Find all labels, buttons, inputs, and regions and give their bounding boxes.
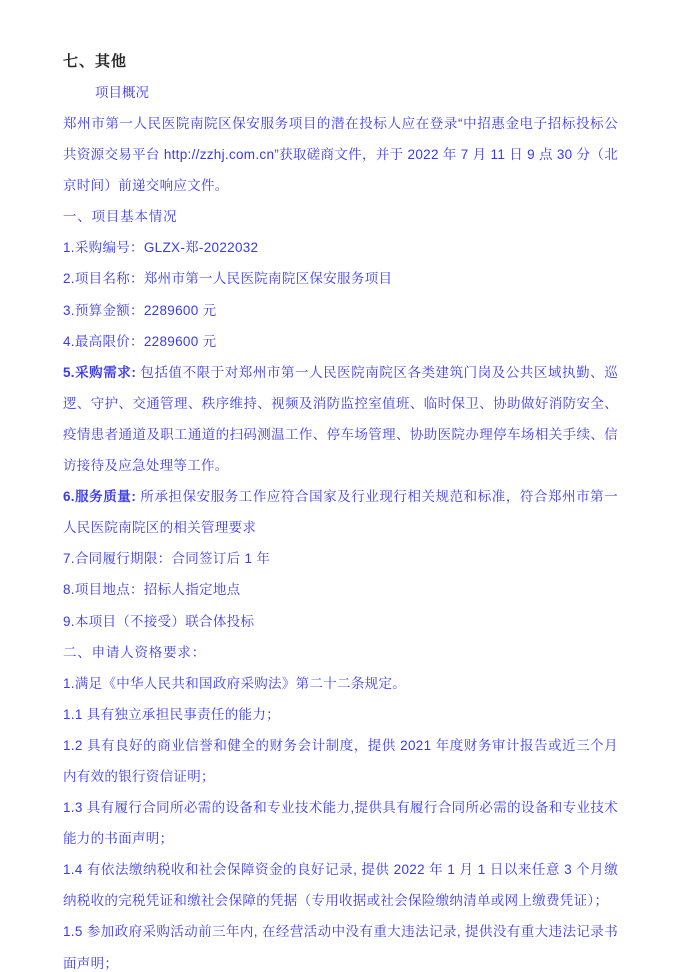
paragraph-text: 1.5 参加政府采购活动前三年内, 在经营活动中没有重大违法记录, 提供没有重大… xyxy=(63,924,618,970)
paragraph-text: 1.4 有依法缴纳税收和社会保障资金的良好记录, 提供 2022 年 1 月 1… xyxy=(63,862,618,908)
paragraph-text: 1.2 具有良好的商业信誉和健全的财务会计制度，提供 2021 年度财务审计报告… xyxy=(63,738,618,784)
paragraph-text: 郑州市第一人民医院南院区保安服务项目的潜在投标人应在登录“中招惠金电子招标投标公… xyxy=(63,116,618,193)
paragraph-text: 7.合同履行期限：合同签订后 1 年 xyxy=(63,551,270,566)
paragraph: 郑州市第一人民医院南院区保安服务项目的潜在投标人应在登录“中招惠金电子招标投标公… xyxy=(63,108,618,201)
paragraph: 1.5 参加政府采购活动前三年内, 在经营活动中没有重大违法记录, 提供没有重大… xyxy=(63,916,618,972)
paragraph: 1.3 具有履行合同所必需的设备和专业技术能力,提供具有履行合同所必需的设备和专… xyxy=(63,792,618,854)
paragraph: 1.采购编号：GLZX-郑-2022032 xyxy=(63,232,618,263)
document-body: 郑州市第一人民医院南院区保安服务项目的潜在投标人应在登录“中招惠金电子招标投标公… xyxy=(63,108,618,972)
paragraph-text: 3.预算金额：2289600 元 xyxy=(63,303,216,318)
paragraph: 1.1 具有独立承担民事责任的能力； xyxy=(63,699,618,730)
paragraph: 9.本项目（不接受）联合体投标 xyxy=(63,606,618,637)
paragraph: 7.合同履行期限：合同签订后 1 年 xyxy=(63,543,618,574)
paragraph-text: 8.项目地点：招标人指定地点 xyxy=(63,582,240,597)
paragraph: 1.2 具有良好的商业信誉和健全的财务会计制度，提供 2021 年度财务审计报告… xyxy=(63,730,618,792)
paragraph-text: 1.采购编号：GLZX-郑-2022032 xyxy=(63,240,258,255)
paragraph-text: 1.1 具有独立承担民事责任的能力； xyxy=(63,707,280,722)
paragraph: 5.采购需求: 包括值不限于对郑州市第一人民医院南院区各类建筑门岗及公共区域执勤… xyxy=(63,357,618,481)
document-page: 七、其他 项目概况 郑州市第一人民医院南院区保安服务项目的潜在投标人应在登录“中… xyxy=(0,0,679,972)
paragraph-text: 1.满足《中华人民共和国政府采购法》第二十二条规定。 xyxy=(63,676,406,691)
paragraph-text: 9.本项目（不接受）联合体投标 xyxy=(63,614,254,629)
paragraph-text: 二、申请人资格要求： xyxy=(63,645,206,660)
paragraph-text: 1.3 具有履行合同所必需的设备和专业技术能力,提供具有履行合同所必需的设备和专… xyxy=(63,800,618,846)
paragraph: 2.项目名称：郑州市第一人民医院南院区保安服务项目 xyxy=(63,263,618,294)
paragraph-text: 2.项目名称：郑州市第一人民医院南院区保安服务项目 xyxy=(63,271,392,286)
paragraph-text: 所承担保安服务工作应符合国家及行业现行相关规范和标准，符合郑州市第一人民医院南院… xyxy=(63,489,618,535)
paragraph: 3.预算金额：2289600 元 xyxy=(63,295,618,326)
paragraph: 1.满足《中华人民共和国政府采购法》第二十二条规定。 xyxy=(63,668,618,699)
section-title: 一、项目基本情况 xyxy=(63,201,618,232)
paragraph: 4.最高限价：2289600 元 xyxy=(63,326,618,357)
paragraph: 6.服务质量: 所承担保安服务工作应符合国家及行业现行相关规范和标准，符合郑州市… xyxy=(63,481,618,543)
paragraph-text: 一、项目基本情况 xyxy=(63,209,177,224)
paragraph-label: 6.服务质量: xyxy=(63,489,136,504)
paragraph: 1.4 有依法缴纳税收和社会保障资金的良好记录, 提供 2022 年 1 月 1… xyxy=(63,854,618,916)
paragraph-text: 4.最高限价：2289600 元 xyxy=(63,334,216,349)
paragraph-label: 5.采购需求: xyxy=(63,365,136,380)
section-heading: 七、其他 xyxy=(63,46,618,77)
paragraph-text: 包括值不限于对郑州市第一人民医院南院区各类建筑门岗及公共区域执勤、巡逻、守护、交… xyxy=(63,365,618,473)
paragraph: 8.项目地点：招标人指定地点 xyxy=(63,574,618,605)
section-title: 二、申请人资格要求： xyxy=(63,637,618,668)
project-overview-label: 项目概况 xyxy=(63,77,618,108)
